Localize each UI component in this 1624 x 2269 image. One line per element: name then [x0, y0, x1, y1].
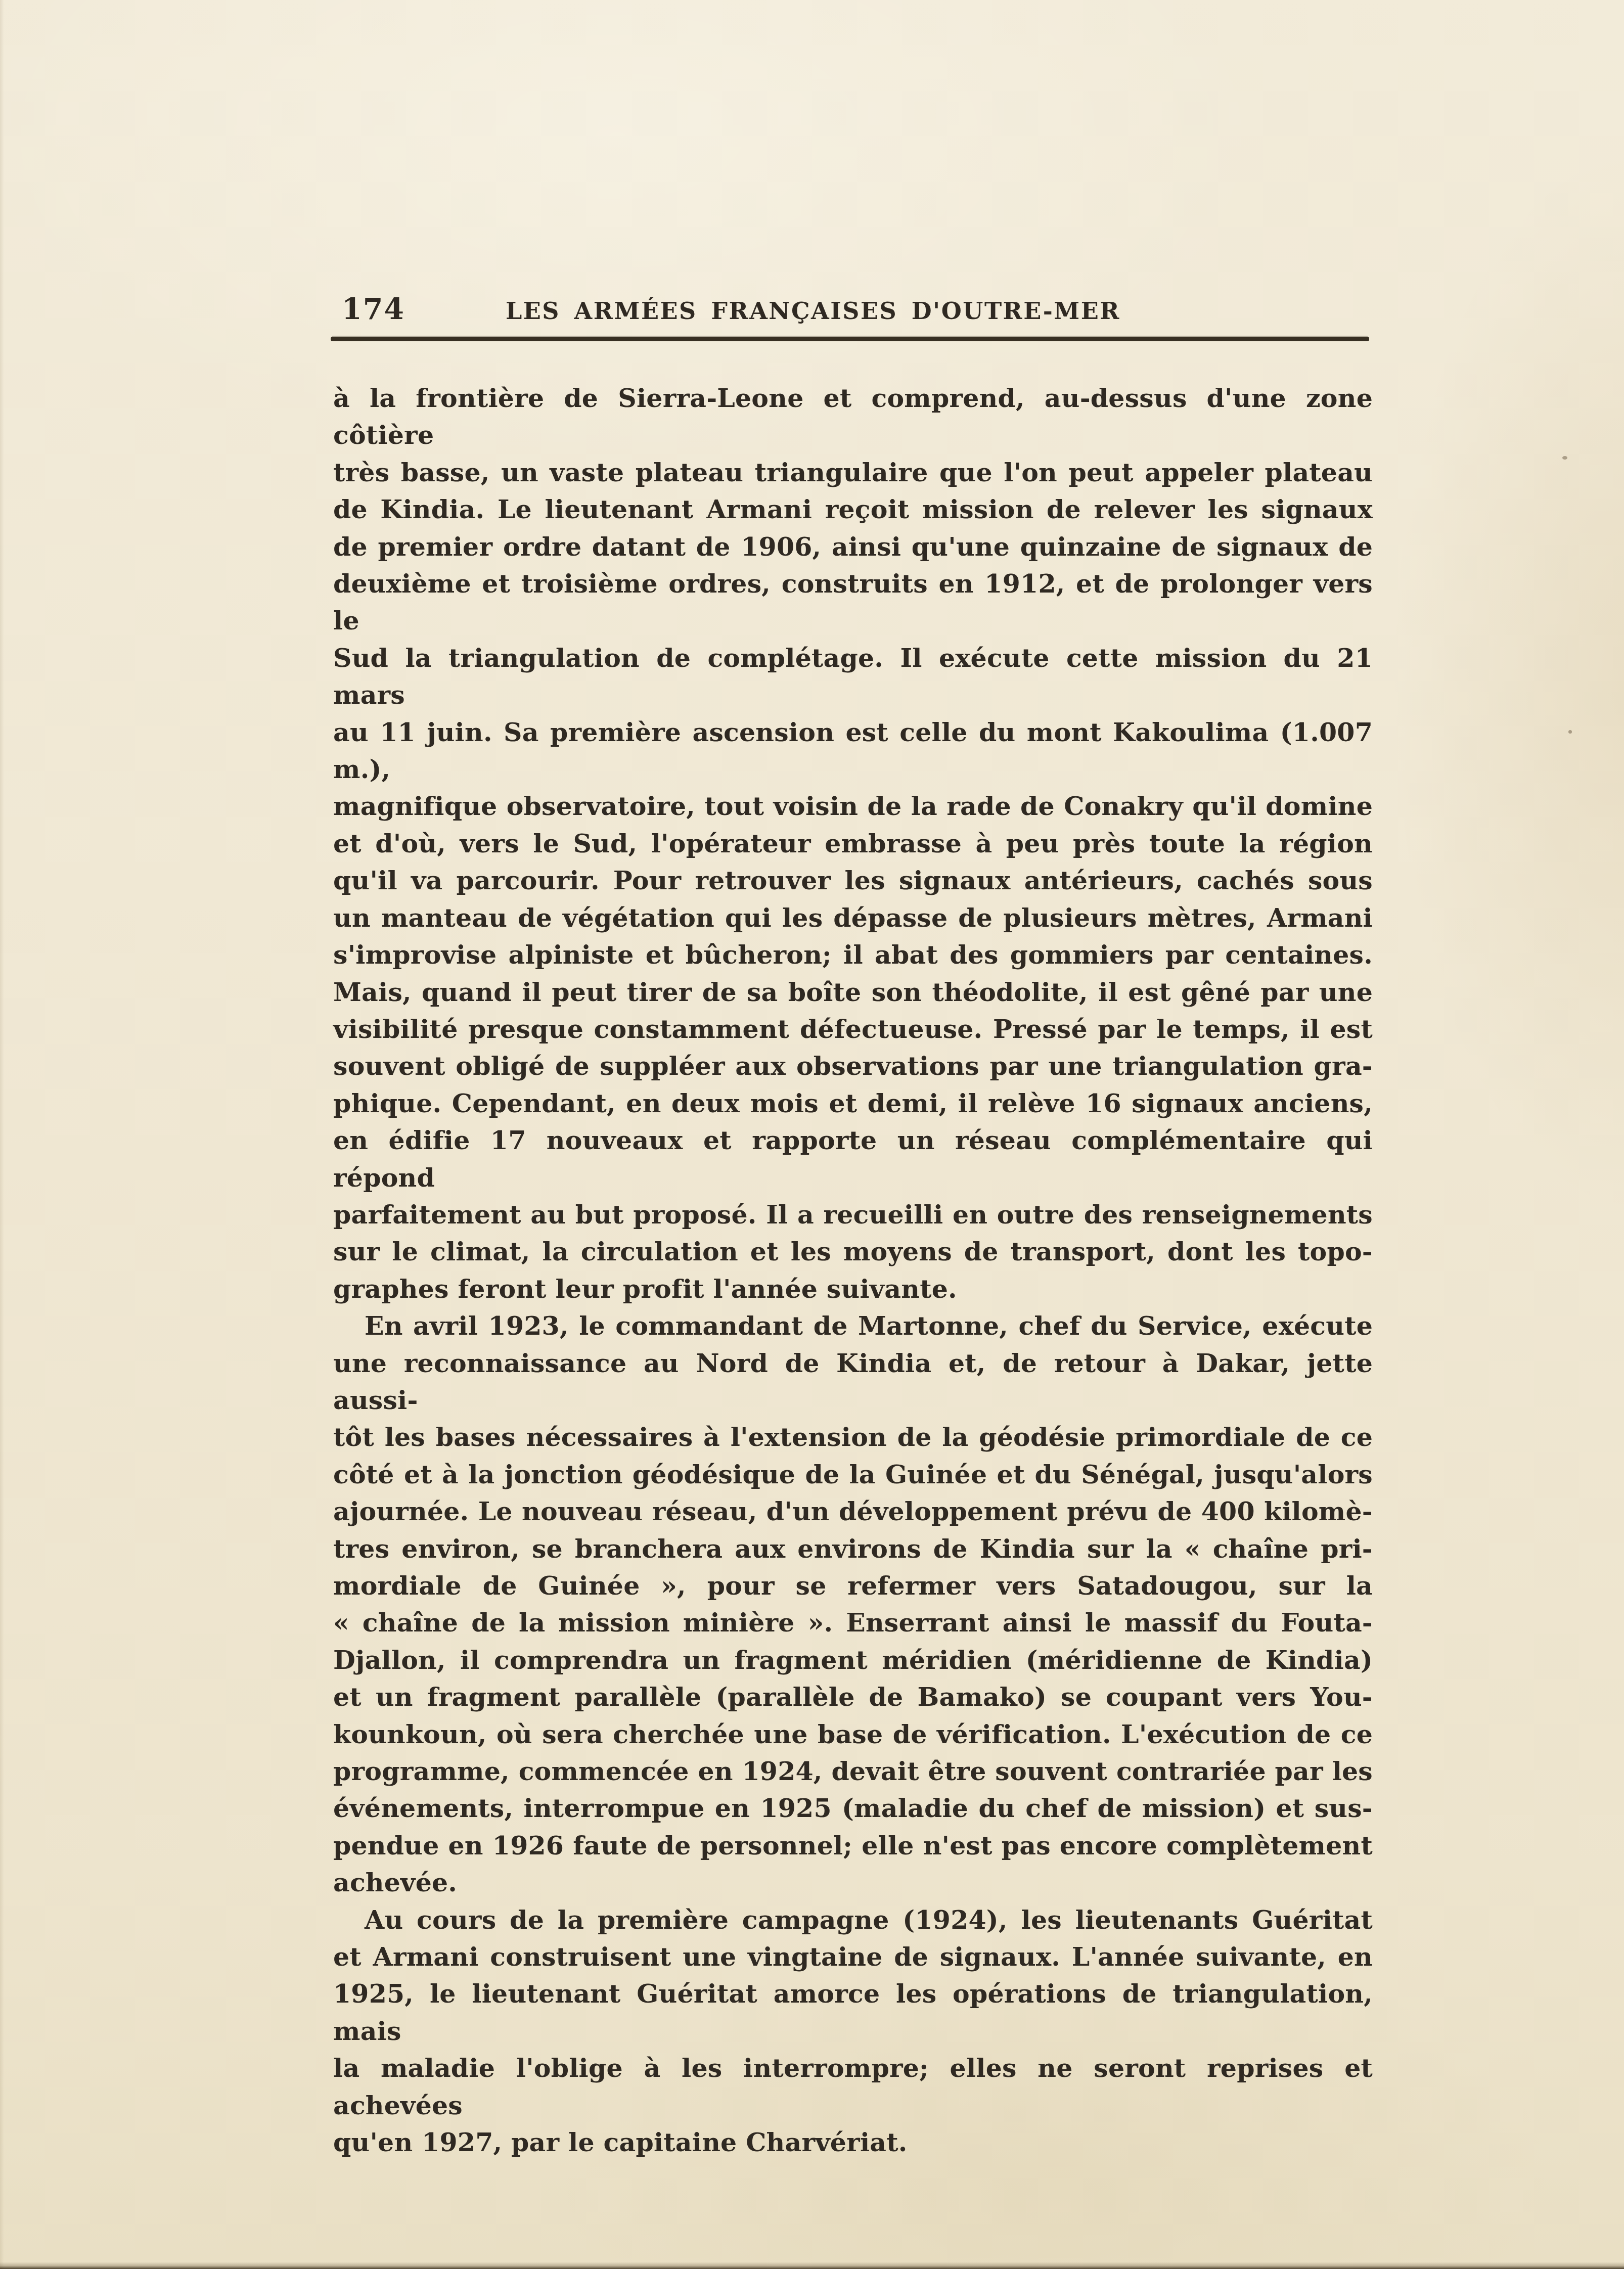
text-line: en édifie 17 nouveaux et rapporte un rés… — [333, 1122, 1373, 1196]
text-line: événements, interrompue en 1925 (maladie… — [333, 1790, 1373, 1827]
text-line: côté et à la jonction géodésique de la G… — [333, 1456, 1373, 1493]
paragraph-2: En avril 1923, le commandant de Martonne… — [333, 1307, 1373, 1901]
paragraph-1: à la frontière de Sierra-Leone et compre… — [333, 380, 1373, 1307]
text-line: qu'il va parcourir. Pour retrouver les s… — [333, 862, 1373, 899]
text-line: au 11 juin. Sa première ascension est ce… — [333, 714, 1373, 788]
text-line: phique. Cependant, en deux mois et demi,… — [333, 1085, 1373, 1122]
text-line: mordiale de Guinée », pour se refermer v… — [333, 1567, 1373, 1604]
text-line: « chaîne de la mission minière ». Enserr… — [333, 1604, 1373, 1641]
text-line: à la frontière de Sierra-Leone et compre… — [333, 380, 1373, 454]
paper-speck — [1562, 456, 1567, 460]
text-line: Djallon, il comprendra un fragment mérid… — [333, 1642, 1373, 1678]
text-line: de Kindia. Le lieutenant Armani reçoit m… — [333, 491, 1373, 528]
text-line: et un fragment parallèle (parallèle de B… — [333, 1678, 1373, 1715]
text-line: magnifique observatoire, tout voisin de … — [333, 788, 1373, 825]
text-line: kounkoun, où sera cherchée une base de v… — [333, 1716, 1373, 1753]
text-line: tres environ, se branchera aux environs … — [333, 1530, 1373, 1567]
text-line: pendue en 1926 faute de personnel; elle … — [333, 1827, 1373, 1864]
text-line: Mais, quand il peut tirer de sa boîte so… — [333, 974, 1373, 1011]
text-line: visibilité presque constamment défectueu… — [333, 1011, 1373, 1048]
paragraph-3: Au cours de la première campagne (1924),… — [333, 1901, 1373, 2161]
text-line: achevée. — [333, 1864, 1373, 1901]
text-line: qu'en 1927, par le capitaine Charvériat. — [333, 2124, 1373, 2161]
text-line: programme, commencée en 1924, devait êtr… — [333, 1753, 1373, 1790]
text-line: ajournée. Le nouveau réseau, d'un dévelo… — [333, 1493, 1373, 1530]
text-line: Sud la triangulation de complétage. Il e… — [333, 640, 1373, 714]
text-line: deuxième et troisième ordres, construits… — [333, 565, 1373, 640]
book-page: 174 LES ARMÉES FRANÇAISES D'OUTRE-MER à … — [0, 0, 1624, 2269]
text-line: Au cours de la première campagne (1924),… — [333, 1901, 1373, 1938]
paper-speck — [1568, 730, 1572, 734]
text-line: et Armani construisent une vingtaine de … — [333, 1938, 1373, 1975]
text-line: de premier ordre datant de 1906, ainsi q… — [333, 528, 1373, 565]
text-line: et d'où, vers le Sud, l'opérateur embras… — [333, 825, 1373, 862]
text-line: la maladie l'oblige à les interrompre; e… — [333, 2050, 1373, 2124]
text-line: graphes feront leur profit l'année suiva… — [333, 1270, 1373, 1307]
running-header: LES ARMÉES FRANÇAISES D'OUTRE-MER — [294, 297, 1332, 325]
text-line: très basse, un vaste plateau triangulair… — [333, 454, 1373, 491]
text-line: 1925, le lieutenant Guéritat amorce les … — [333, 1975, 1373, 2050]
text-line: souvent obligé de suppléer aux observati… — [333, 1048, 1373, 1084]
text-line: s'improvise alpiniste et bûcheron; il ab… — [333, 936, 1373, 973]
header-rule — [331, 337, 1369, 341]
text-line: un manteau de végétation qui les dépasse… — [333, 899, 1373, 936]
text-line: une reconnaissance au Nord de Kindia et,… — [333, 1345, 1373, 1419]
text-line: tôt les bases nécessaires à l'extension … — [333, 1419, 1373, 1456]
text-line: sur le climat, la circulation et les moy… — [333, 1233, 1373, 1270]
text-line: parfaitement au but proposé. Il a recuei… — [333, 1196, 1373, 1233]
body-text: à la frontière de Sierra-Leone et compre… — [333, 380, 1373, 2161]
text-line: En avril 1923, le commandant de Martonne… — [333, 1307, 1373, 1344]
